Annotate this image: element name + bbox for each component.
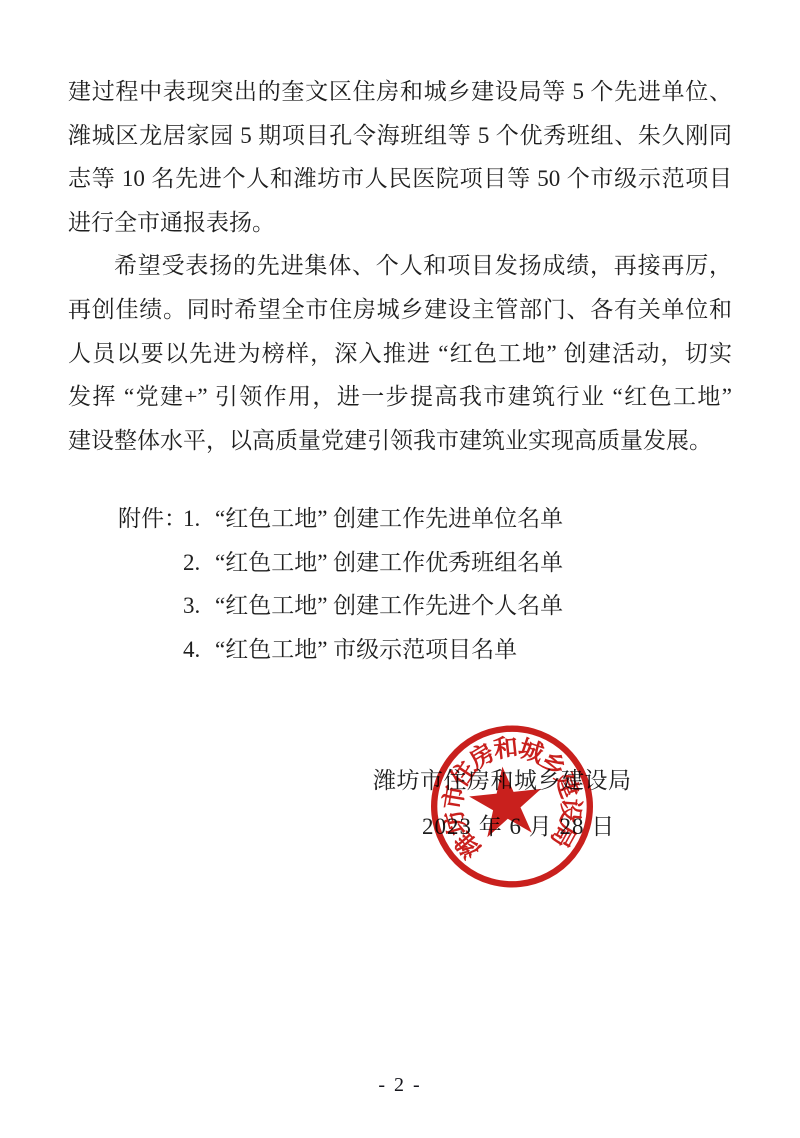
- attachment-list: 附件： 1. “红色工地” 创建工作先进单位名单 2. “红色工地” 创建工作优…: [68, 497, 732, 671]
- document-body: 建过程中表现突出的奎文区住房和城乡建设局等 5 个先进单位、 潍城区龙居家园 5…: [68, 70, 732, 462]
- attachment-title: “红色工地” 创建工作先进单位名单: [215, 506, 563, 531]
- attachment-item: 3. “红色工地” 创建工作先进个人名单: [68, 584, 732, 628]
- paragraph-1-line-4: 进行全市通报表扬。: [68, 201, 732, 245]
- paragraph-2: 希望受表扬的先进集体、个人和项目发扬成绩，再接再厉， 再创佳绩。同时希望全市住房…: [68, 244, 732, 462]
- paragraph-1-line-2: 潍城区龙居家园 5 期项目孔令海班组等 5 个优秀班组、朱久刚同: [68, 114, 732, 158]
- paragraph-2-line-3: 人员以要以先进为榜样，深入推进 “红色工地” 创建活动，切实: [68, 332, 732, 376]
- attachment-number: 1.: [183, 497, 200, 541]
- attachment-item: 4. “红色工地” 市级示范项目名单: [68, 628, 732, 672]
- paragraph-2-line-5: 建设整体水平，以高质量党建引领我市建筑业实现高质量发展。: [68, 419, 732, 463]
- paragraph-1-line-1: 建过程中表现突出的奎文区住房和城乡建设局等 5 个先进单位、: [68, 70, 732, 114]
- attachment-number: 4.: [183, 628, 200, 672]
- attachment-number: 2.: [183, 541, 200, 585]
- attachment-label: 附件：: [118, 497, 187, 541]
- paragraph-1-line-3: 志等 10 名先进个人和潍坊市人民医院项目等 50 个市级示范项目: [68, 157, 732, 201]
- document-page: 建过程中表现突出的奎文区住房和城乡建设局等 5 个先进单位、 潍城区龙居家园 5…: [0, 0, 800, 1138]
- attachment-item: 附件： 1. “红色工地” 创建工作先进单位名单: [68, 497, 732, 541]
- attachment-title: “红色工地” 创建工作优秀班组名单: [215, 550, 563, 575]
- official-seal: 潍坊市住房和城乡建设局: [405, 706, 619, 906]
- attachment-title: “红色工地” 市级示范项目名单: [215, 637, 517, 662]
- page-number: - 2 -: [0, 1074, 800, 1097]
- attachment-title: “红色工地” 创建工作先进个人名单: [215, 593, 563, 618]
- attachment-number: 3.: [183, 584, 200, 628]
- official-seal-graphic: 潍坊市住房和城乡建设局: [405, 706, 619, 906]
- paragraph-2-line-4: 发挥 “党建+” 引领作用，进一步提高我市建筑行业 “红色工地”: [68, 375, 732, 419]
- paragraph-2-line-1: 希望受表扬的先进集体、个人和项目发扬成绩，再接再厉，: [68, 244, 732, 288]
- attachment-item: 2. “红色工地” 创建工作优秀班组名单: [68, 541, 732, 585]
- paragraph-2-line-2: 再创佳绩。同时希望全市住房城乡建设主管部门、各有关单位和: [68, 288, 732, 332]
- paragraph-1: 建过程中表现突出的奎文区住房和城乡建设局等 5 个先进单位、 潍城区龙居家园 5…: [68, 70, 732, 244]
